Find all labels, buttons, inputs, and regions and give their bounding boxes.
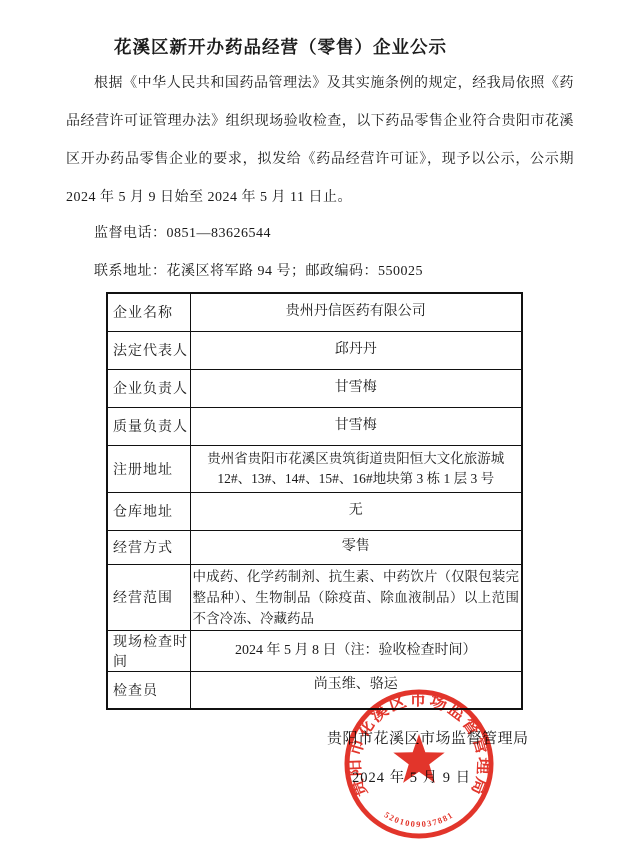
row-label: 仓库地址 bbox=[107, 492, 190, 530]
contact-address-line: 联系地址：花溪区将军路 94 号；邮政编码：550025 bbox=[66, 262, 423, 282]
row-label: 现场检查时间 bbox=[107, 630, 190, 671]
row-value: 2024 年 5 月 8 日（注：验收检查时间） bbox=[190, 630, 522, 671]
seal-number: 5201009037881 bbox=[383, 809, 456, 829]
row-label: 法定代表人 bbox=[107, 331, 190, 369]
table-row: 经营方式 零售 bbox=[107, 530, 522, 564]
issue-date: 2024 年 5 月 9 日 bbox=[352, 766, 471, 787]
row-label: 企业负责人 bbox=[107, 369, 190, 407]
row-label: 质量负责人 bbox=[107, 407, 190, 445]
table-row: 注册地址 贵州省贵阳市花溪区贵筑街道贵阳恒大文化旅游城 12#、13#、14#、… bbox=[107, 445, 522, 492]
table-row: 仓库地址 无 bbox=[107, 492, 522, 530]
row-value: 贵州省贵阳市花溪区贵筑街道贵阳恒大文化旅游城 12#、13#、14#、15#、1… bbox=[190, 445, 522, 492]
row-label: 经营方式 bbox=[107, 530, 190, 564]
row-label: 经营范围 bbox=[107, 564, 190, 630]
page-title: 花溪区新开办药品经营（零售）企业公示 bbox=[0, 34, 561, 59]
row-value: 邱丹丹 bbox=[190, 331, 522, 369]
table-row: 检查员 尚玉维、骆运 bbox=[107, 671, 522, 709]
issuing-authority: 贵阳市花溪区市场监督管理局 bbox=[327, 727, 529, 748]
official-seal: 贵阳市花溪区市场监督管理局 5201009037881 bbox=[344, 689, 494, 839]
row-value: 甘雪梅 bbox=[190, 369, 522, 407]
table-row: 企业名称 贵州丹信医药有限公司 bbox=[107, 293, 522, 331]
row-value: 贵州丹信医药有限公司 bbox=[190, 293, 522, 331]
table-row: 法定代表人 邱丹丹 bbox=[107, 331, 522, 369]
supervision-phone-line: 监督电话：0851—83626544 bbox=[66, 224, 271, 244]
intro-paragraph: 根据《中华人民共和国药品管理法》及其实施条例的规定，经我局依照《药品经营许可证管… bbox=[66, 65, 574, 217]
seal-ring bbox=[347, 692, 491, 836]
row-value: 中成药、化学药制剂、抗生素、中药饮片（仅限包装完整品种）、生物制品（除疫苗、除血… bbox=[190, 564, 522, 630]
row-value: 尚玉维、骆运 bbox=[190, 671, 522, 709]
row-value: 甘雪梅 bbox=[190, 407, 522, 445]
table-row: 企业负责人 甘雪梅 bbox=[107, 369, 522, 407]
announcement-page: 花溪区新开办药品经营（零售）企业公示 根据《中华人民共和国药品管理法》及其实施条… bbox=[0, 0, 635, 844]
table-row: 现场检查时间 2024 年 5 月 8 日（注：验收检查时间） bbox=[107, 630, 522, 671]
table-row: 质量负责人 甘雪梅 bbox=[107, 407, 522, 445]
table-row: 经营范围 中成药、化学药制剂、抗生素、中药饮片（仅限包装完整品种）、生物制品（除… bbox=[107, 564, 522, 630]
enterprise-info-table: 企业名称 贵州丹信医药有限公司 法定代表人 邱丹丹 企业负责人 甘雪梅 质量负责… bbox=[106, 292, 523, 710]
row-label: 注册地址 bbox=[107, 445, 190, 492]
row-value: 无 bbox=[190, 492, 522, 530]
row-value: 零售 bbox=[190, 530, 522, 564]
row-label: 企业名称 bbox=[107, 293, 190, 331]
row-label: 检查员 bbox=[107, 671, 190, 709]
